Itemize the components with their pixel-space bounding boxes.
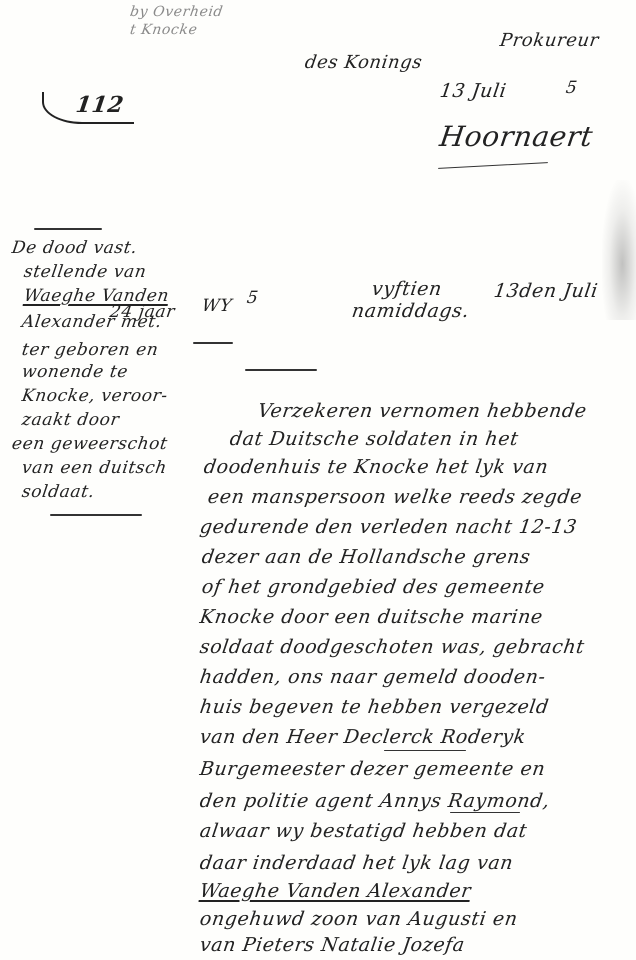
title-prokureur: Prokureur <box>499 30 601 51</box>
signature-underline <box>438 162 548 169</box>
margin-line: soldaat. <box>21 482 96 502</box>
record-number: 112 <box>74 92 125 118</box>
body-line: van Pieters Natalie Jozefa <box>198 934 466 956</box>
margin-line: Knocke, veroor- <box>21 386 170 406</box>
entry-mark: WY <box>201 296 234 316</box>
body-line: Waeghe Vanden Alexander <box>198 880 472 902</box>
body-line: Verzekeren vernomen hebbende <box>256 400 588 422</box>
margin-line: zaakt door <box>21 410 121 430</box>
body-line: dat Duitsche soldaten in het <box>228 428 520 450</box>
margin-bottom-rule <box>50 514 142 516</box>
time-line-1: vyftien <box>370 278 443 300</box>
body-line: ongehuwd zoon van Augusti en <box>198 908 519 930</box>
name-underline-annys <box>450 812 520 813</box>
margin-line: stellende van <box>23 262 148 282</box>
body-line: Knocke door een duitsche marine <box>198 606 544 628</box>
margin-line: Alexander met. <box>21 312 164 332</box>
body-line: of het grondgebied des gemeente <box>200 576 546 598</box>
margin-line: van een duitsch <box>21 458 169 478</box>
body-line: dezer aan de Hollandsche grens <box>200 546 532 568</box>
body-line: van den Heer Declerck Roderyk <box>198 726 527 748</box>
time-line-2: namiddags. <box>350 300 470 322</box>
stamp-line-2: t Knocke <box>129 22 199 38</box>
body-line: gedurende den verleden nacht 12-13 <box>198 516 578 538</box>
scan-noise <box>602 180 636 320</box>
entry-rule <box>245 369 317 371</box>
body-line: een manspersoon welke reeds zegde <box>206 486 583 508</box>
document-page: by Overheid t Knocke Prokureur des Konin… <box>0 0 636 960</box>
header-folio: 5 <box>565 78 579 98</box>
body-line: doodenhuis te Knocke het lyk van <box>202 456 549 478</box>
title-des-konings: des Konings <box>304 52 424 73</box>
name-underline-declerck <box>384 750 466 751</box>
entry-folio: 5 <box>246 288 260 308</box>
body-line: alwaar wy bestatigd hebben dat <box>198 820 528 842</box>
body-line: huis begeven te hebben vergezeld <box>198 696 550 718</box>
margin-line: wonende te <box>21 362 130 382</box>
body-line: den politie agent Annys Raymond, <box>198 790 551 812</box>
body-line: soldaat doodgeschoten was, gebracht <box>198 636 586 658</box>
body-line: hadden, ons naar gemeld dooden- <box>198 666 547 688</box>
signature: Hoornaert <box>438 120 595 153</box>
stamp-line-1: by Overheid <box>129 4 224 20</box>
margin-top-rule <box>34 228 102 230</box>
body-line: daar inderdaad het lyk lag van <box>198 852 514 874</box>
body-line: Burgemeester dezer gemeente en <box>198 758 546 780</box>
margin-line: ter geboren en <box>21 340 160 360</box>
margin-line: De dood vast. <box>11 238 139 258</box>
margin-line: een geweerschot <box>11 434 169 454</box>
entry-mark-rule <box>193 342 233 344</box>
entry-date: 13den Juli <box>492 280 599 302</box>
header-date: 13 Juli <box>438 80 508 102</box>
